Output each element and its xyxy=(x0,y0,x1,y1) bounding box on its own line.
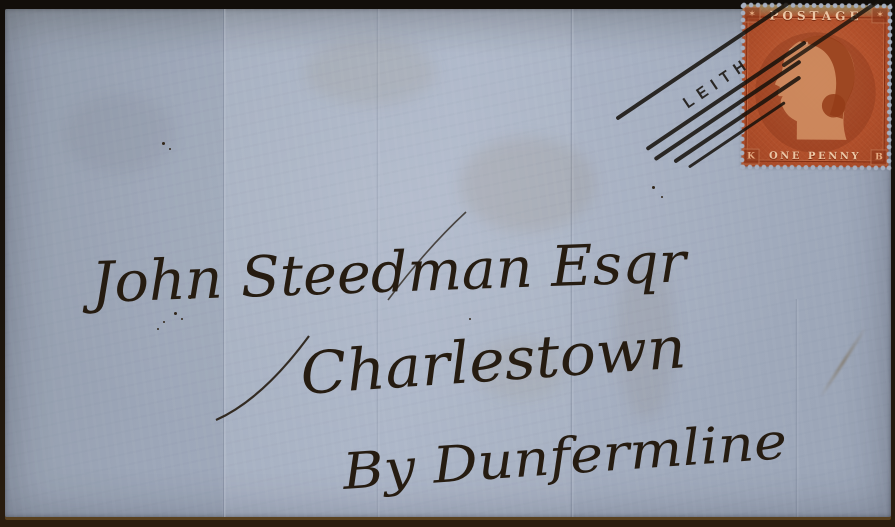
address-line-1: John Steedman Esqr xyxy=(80,230,690,316)
flourish-stroke xyxy=(216,336,309,420)
photo-background: POSTAGE ONE PENNY ✶ ✶ K B LEITH John xyxy=(0,0,895,527)
address-line-3: By Dunfermline xyxy=(340,412,789,501)
handwritten-address: John Steedman Esqr Charlestown By Dunfer… xyxy=(0,0,895,527)
address-line-2: Charlestown xyxy=(298,313,688,408)
